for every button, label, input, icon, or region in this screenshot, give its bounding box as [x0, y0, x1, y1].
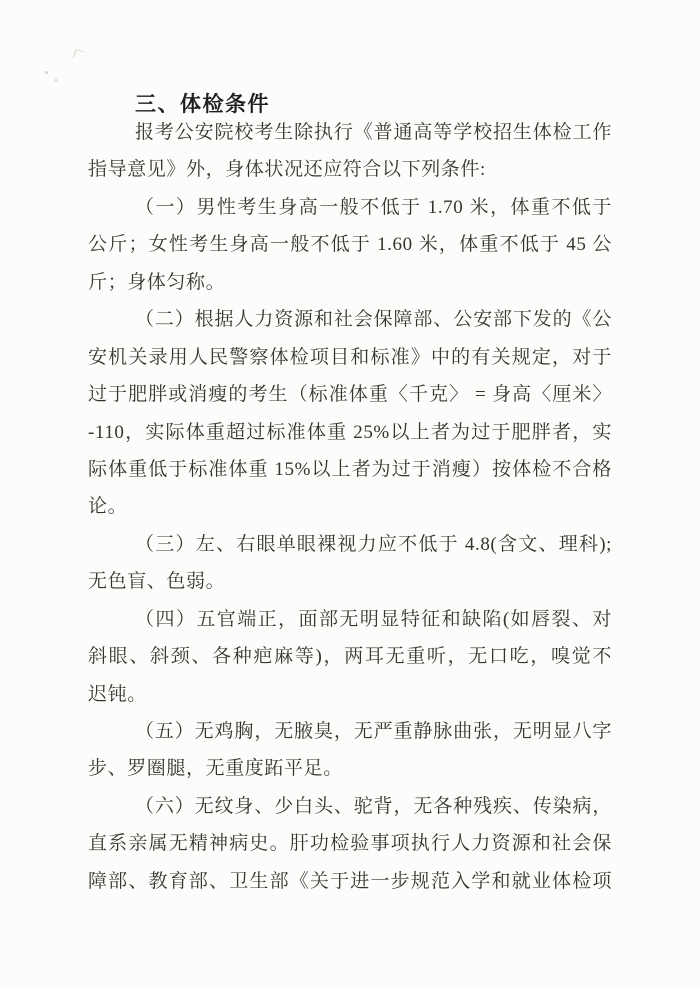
- doc-line: 无色盲、色弱。: [88, 563, 612, 600]
- document-body: 报考公安院校考生除执行《普通高等学校招生体检工作 指导意见》外，身体状况还应符合…: [88, 114, 612, 900]
- doc-line: （五）无鸡胸，无腋臭，无严重静脉曲张，无明显八字: [88, 713, 612, 750]
- doc-line: （一）男性考生身高一般不低于 1.70 米，体重不低于 50: [88, 189, 612, 226]
- scanned-document-page: 三、体检条件 报考公安院校考生除执行《普通高等学校招生体检工作 指导意见》外，身…: [0, 0, 700, 990]
- doc-line: 报考公安院校考生除执行《普通高等学校招生体检工作: [88, 114, 612, 151]
- doc-line: 指导意见》外，身体状况还应符合以下列条件:: [88, 151, 612, 188]
- scan-speckle: [54, 79, 58, 82]
- doc-line: （六）无纹身、少白头、驼背，无各种残疾、传染病，: [88, 788, 612, 825]
- doc-line: 安机关录用人民警察体检项目和标准》中的有关规定，对于: [88, 339, 612, 376]
- doc-line: 步、罗圈腿，无重度跖平足。: [88, 750, 612, 787]
- doc-line: 障部、教育部、卫生部《关于进一步规范入学和就业体检项: [88, 863, 612, 900]
- doc-line: （三）左、右眼单眼裸视力应不低于 4.8(含文、理科);: [88, 526, 612, 563]
- doc-line: -110，实际体重超过标准体重 25%以上者为过于肥胖者，实: [88, 414, 612, 451]
- doc-line: 际体重低于标准体重 15%以上者为过于消瘦）按体检不合格: [88, 451, 612, 488]
- doc-line: 公斤；女性考生身高一般不低于 1.60 米，体重不低于 45 公: [88, 226, 612, 263]
- doc-line: 斜眼、斜颈、各种疤麻等)，两耳无重听，无口吃，嗅觉不: [88, 638, 612, 675]
- doc-line: 直系亲属无精神病史。肝功检验事项执行人力资源和社会保: [88, 825, 612, 862]
- doc-line: （二）根据人力资源和社会保障部、公安部下发的《公: [88, 301, 612, 338]
- doc-line: （四）五官端正，面部无明显特征和缺陷(如唇裂、对眼、: [88, 601, 612, 638]
- scan-speckle: [73, 49, 85, 61]
- doc-line: 过于肥胖或消瘦的考生（标准体重〈千克〉 = 身高〈厘米〉: [88, 376, 612, 413]
- scan-speckle: [45, 71, 48, 74]
- doc-line: 迟钝。: [88, 676, 612, 713]
- doc-line: 论。: [88, 488, 612, 525]
- doc-line: 斤；身体匀称。: [88, 264, 612, 301]
